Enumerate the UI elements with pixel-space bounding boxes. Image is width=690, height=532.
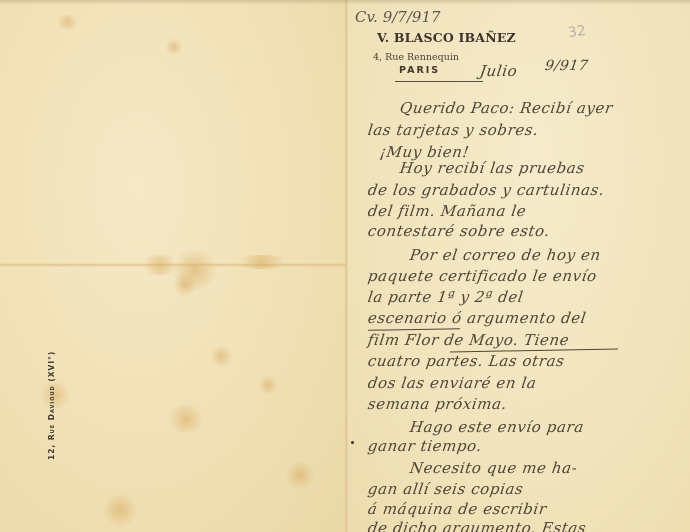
letter-line: Hago este envío para [409,418,585,436]
letter-line: Por el correo de hoy en [409,246,602,264]
foxing-stain [210,345,232,367]
letter-line: de dicho argumento. Estas [367,519,588,532]
letter-line: dos las enviaré en la [367,374,538,392]
foxing-stain [165,38,183,56]
ink-dot [351,441,354,444]
foxing-stain [232,255,292,269]
letterhead-rule [395,81,483,82]
foxing-stain [140,255,180,275]
letter-line: cuatro partes. Las otras [367,352,566,370]
letterhead-city: PARIS [399,65,440,76]
letter-line: gan allí seis copias [367,480,525,498]
letterhead-address: 4, Rue Rennequin [373,52,459,63]
letter-line: film Flor de Mayo. Tiene [367,331,571,349]
foxing-stain [258,375,278,395]
archive-number: 32 [567,23,587,41]
foxing-stain [55,15,80,29]
letter-line: de los grabados y cartulinas. [367,181,606,199]
pencil-date-annotation: Cv. 9/7/917 [355,8,441,26]
letter-line: del film. Mañana le [367,202,528,220]
foxing-stain [175,270,195,300]
scan-edge-shadow [0,0,690,5]
letter-line: contestaré sobre esto. [367,222,551,240]
letter-date-month: Julio [479,62,519,80]
side-address-imprint: 12, Rue Davioud (XVI°) [47,351,56,460]
foxing-stain [285,460,315,490]
letter-line: semana próxima. [367,395,509,413]
foxing-stain [166,405,206,433]
letter-line: Hoy recibí las pruebas [399,159,586,177]
letterhead-name: V. BLASCO IBAÑEZ [377,30,516,45]
foxing-stain [100,495,140,525]
letter-line: las tarjetas y sobres. [367,121,540,139]
letter-date-day-year: 9/917 [544,58,590,74]
letter-line: escenario ó argumento del [367,309,588,327]
letter-line: la parte 1ª y 2ª del [367,288,525,306]
letter-line: Necesito que me ha- [409,459,579,477]
letter-line: paquete certificado le envío [367,267,598,285]
letter-line: ganar tiempo. [367,437,483,455]
letter-scan: 12, Rue Davioud (XVI°) Cv. 9/7/917 32 V.… [0,0,690,532]
letter-line: Querido Paco: Recibí ayer [399,99,614,117]
letter-line: á máquina de escribir [367,500,548,518]
